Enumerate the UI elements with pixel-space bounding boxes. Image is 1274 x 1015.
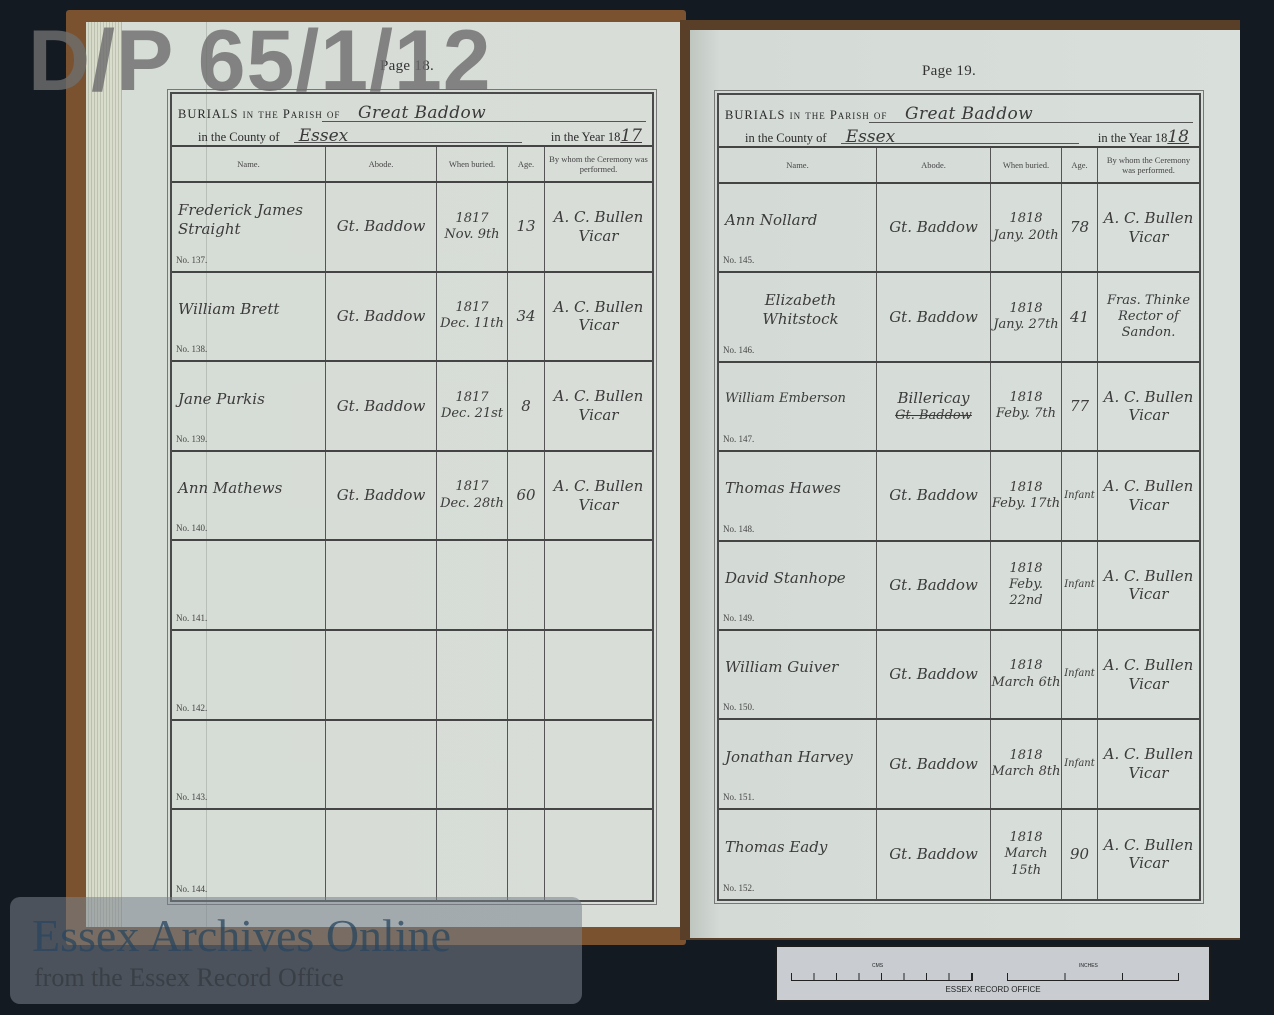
parish-rule xyxy=(322,121,646,122)
entry-date: Jany. 20th xyxy=(993,228,1058,244)
left-burial-register: BURIALS in the Parish of Great Baddow in… xyxy=(170,92,654,902)
entry-number: No. 150. xyxy=(723,702,754,712)
register-entry: William GuiverNo. 150. Gt. Baddow 1818Ma… xyxy=(719,631,1199,720)
entry-officiant: A. C. Bullen xyxy=(1104,836,1194,855)
entry-abode: Gt. Baddow xyxy=(889,218,978,237)
entry-year: 1818 xyxy=(1009,561,1042,577)
column-headers: Name. Abode. When buried. Age. By whom t… xyxy=(719,148,1199,184)
entry-officiant-title: Vicar xyxy=(1129,406,1169,425)
entry-date: Dec. 11th xyxy=(440,316,504,332)
parish-rule xyxy=(869,122,1193,123)
entry-officiant-title: Vicar xyxy=(1129,854,1169,873)
entry-officiant-title: Vicar xyxy=(1129,764,1169,783)
cms-label: CMS xyxy=(872,963,883,969)
entry-year: 1818 xyxy=(1009,658,1042,674)
entry-date: Dec. 21st xyxy=(441,406,503,422)
column-headers: Name. Abode. When buried. Age. By whom t… xyxy=(172,147,652,183)
register-entry-blank: No. 144. xyxy=(172,810,652,900)
entry-year: 1818 xyxy=(1009,301,1042,317)
parish-name: Great Baddow xyxy=(905,104,1033,124)
entry-abode: Gt. Baddow xyxy=(889,308,978,327)
archive-watermark: Essex Archives Online from the Essex Rec… xyxy=(10,897,582,1004)
entry-officiant: A. C. Bullen xyxy=(554,477,644,496)
entry-year: 1817 xyxy=(455,479,488,495)
register-entry: David StanhopeNo. 149. Gt. Baddow 1818Fe… xyxy=(719,542,1199,631)
entry-year: 1818 xyxy=(1009,211,1042,227)
cms-ruler xyxy=(791,973,973,981)
entry-abode-struck: Gt. Baddow xyxy=(895,408,972,424)
entry-age: Infant xyxy=(1064,490,1095,503)
entry-name: Jane Purkis xyxy=(178,390,265,409)
entry-number: No. 138. xyxy=(176,344,207,354)
entry-officiant-title: Vicar xyxy=(1129,675,1169,694)
year-suffix: 17 xyxy=(620,126,642,146)
entry-number: No. 147. xyxy=(723,434,754,444)
entry-name: Jonathan Harvey xyxy=(725,748,853,767)
col-abode: Abode. xyxy=(877,148,991,182)
shelfmark-watermark: D/P 65/1/12 xyxy=(28,18,492,104)
entry-number: No. 141. xyxy=(176,613,207,623)
col-name: Name. xyxy=(172,147,326,181)
register-entry: Jane PurkisNo. 139. Gt. Baddow 1817Dec. … xyxy=(172,362,652,452)
heading-prefix: BURIALS in the Parish of xyxy=(178,107,340,121)
register-entry-blank: No. 143. xyxy=(172,721,652,811)
entry-name: Frederick James Straight xyxy=(178,201,325,239)
county-prefix: in the County of xyxy=(198,130,280,144)
entry-age: 13 xyxy=(516,217,535,236)
right-page-number: Page 19. xyxy=(922,63,976,80)
register-entry: Jonathan HarveyNo. 151. Gt. Baddow 1818M… xyxy=(719,720,1199,809)
col-name: Name. xyxy=(719,148,877,182)
entry-name: Ann Nollard xyxy=(725,211,817,230)
entry-number: No. 148. xyxy=(723,524,754,534)
entry-date: Feby. 22nd xyxy=(991,577,1061,610)
entry-date: March 8th xyxy=(992,764,1061,780)
entry-number: No. 137. xyxy=(176,255,207,265)
entry-abode: Gt. Baddow xyxy=(889,755,978,774)
entry-officiant-title: Vicar xyxy=(1129,228,1169,247)
entry-officiant: A. C. Bullen xyxy=(1104,745,1194,764)
entry-name: William Guiver xyxy=(725,658,838,677)
entry-abode: Gt. Baddow xyxy=(889,576,978,595)
entry-officiant: Fras. Thinke xyxy=(1107,293,1190,309)
register-entry: Frederick James StraightNo. 137. Gt. Bad… xyxy=(172,183,652,273)
register-entry: William EmbersonNo. 147. BillericayGt. B… xyxy=(719,363,1199,452)
entry-age: 60 xyxy=(516,486,535,505)
entry-number: No. 139. xyxy=(176,434,207,444)
entry-name: William Brett xyxy=(178,300,279,319)
entry-officiant: A. C. Bullen xyxy=(1104,656,1194,675)
col-when-buried: When buried. xyxy=(437,147,508,181)
entry-age: Infant xyxy=(1064,758,1095,771)
entry-date: Feby. 17th xyxy=(992,496,1060,512)
entry-officiant: A. C. Bullen xyxy=(1104,477,1194,496)
entry-number: No. 142. xyxy=(176,703,207,713)
entry-name: William Emberson xyxy=(725,391,846,407)
entry-number: No. 144. xyxy=(176,884,207,894)
entry-age: 77 xyxy=(1070,397,1089,416)
entry-officiant: A. C. Bullen xyxy=(1104,388,1194,407)
register-entry: Thomas HawesNo. 148. Gt. Baddow 1818Feby… xyxy=(719,452,1199,541)
register-entry: Thomas EadyNo. 152. Gt. Baddow 1818March… xyxy=(719,810,1199,899)
archive-subtitle: from the Essex Record Office xyxy=(34,963,344,993)
entry-number: No. 146. xyxy=(723,345,754,355)
archive-title: Essex Archives Online xyxy=(32,909,451,962)
col-officiant: By whom the Ceremony was performed. xyxy=(545,147,652,181)
entry-number: No. 151. xyxy=(723,792,754,802)
entry-officiant: A. C. Bullen xyxy=(554,208,644,227)
entry-officiant: A. C. Bullen xyxy=(554,387,644,406)
register-heading: BURIALS in the Parish of Great Baddow in… xyxy=(719,95,1199,148)
scale-bar: CMS INCHES ESSEX RECORD OFFICE xyxy=(775,945,1211,1002)
col-when-buried: When buried. xyxy=(991,148,1062,182)
entry-abode: Gt. Baddow xyxy=(889,665,978,684)
register-entry: Elizabeth WhitstockNo. 146. Gt. Baddow 1… xyxy=(719,273,1199,362)
year-prefix: in the Year 18 xyxy=(551,130,620,144)
entry-officiant: A. C. Bullen xyxy=(1104,567,1194,586)
entry-abode: Gt. Baddow xyxy=(337,486,426,505)
entry-officiant-title: Vicar xyxy=(579,496,619,515)
entry-number: No. 143. xyxy=(176,792,207,802)
entry-officiant: A. C. Bullen xyxy=(1104,209,1194,228)
col-officiant: By whom the Ceremony was performed. xyxy=(1098,148,1199,182)
county-name: Essex xyxy=(299,126,349,146)
col-age: Age. xyxy=(1062,148,1098,182)
entry-officiant: A. C. Bullen xyxy=(554,298,644,317)
inches-label: INCHES xyxy=(1079,963,1098,969)
entry-date: Jany. 27th xyxy=(993,317,1058,333)
entry-age: Infant xyxy=(1064,579,1095,592)
entry-abode: Gt. Baddow xyxy=(337,307,426,326)
entry-year: 1817 xyxy=(455,211,488,227)
entry-officiant-title: Vicar xyxy=(579,227,619,246)
right-burial-register: BURIALS in the Parish of Great Baddow in… xyxy=(717,93,1201,901)
entry-age: 34 xyxy=(516,307,535,326)
entry-age: 8 xyxy=(521,397,531,416)
register-entry-blank: No. 142. xyxy=(172,631,652,721)
entry-year: 1818 xyxy=(1009,480,1042,496)
col-abode: Abode. xyxy=(326,147,437,181)
entry-year: 1817 xyxy=(455,300,488,316)
entry-abode: Billericay xyxy=(897,389,969,408)
entry-name: Thomas Hawes xyxy=(725,479,841,498)
entry-name: Ann Mathews xyxy=(178,479,282,498)
register-entry-blank: No. 141. xyxy=(172,541,652,631)
entry-number: No. 149. xyxy=(723,613,754,623)
register-entry: Ann MathewsNo. 140. Gt. Baddow 1817Dec. … xyxy=(172,452,652,542)
register-entry: Ann NollardNo. 145. Gt. Baddow 1818Jany.… xyxy=(719,184,1199,273)
entry-abode: Gt. Baddow xyxy=(337,217,426,236)
entry-abode: Gt. Baddow xyxy=(889,845,978,864)
heading-prefix: BURIALS in the Parish of xyxy=(725,108,887,122)
scale-office-label: ESSEX RECORD OFFICE xyxy=(777,985,1209,994)
entry-officiant-title: Vicar xyxy=(1129,496,1169,515)
entry-officiant-title: Vicar xyxy=(1129,585,1169,604)
entry-age: 78 xyxy=(1070,218,1089,237)
entry-year: 1817 xyxy=(455,390,488,406)
entry-date: March 15th xyxy=(991,846,1061,879)
year-prefix: in the Year 18 xyxy=(1098,131,1167,145)
entry-age: 41 xyxy=(1070,308,1089,327)
entry-officiant-title: Rector of Sandon. xyxy=(1098,309,1199,342)
county-name: Essex xyxy=(846,127,896,147)
entry-officiant-title: Vicar xyxy=(579,316,619,335)
entry-date: Nov. 9th xyxy=(444,227,499,243)
entry-date: March 6th xyxy=(992,675,1061,691)
entry-year: 1818 xyxy=(1009,390,1042,406)
entry-name: Thomas Eady xyxy=(725,838,827,857)
entry-abode: Gt. Baddow xyxy=(337,397,426,416)
entry-date: Dec. 28th xyxy=(440,496,504,512)
entry-abode: Gt. Baddow xyxy=(889,486,978,505)
inches-ruler xyxy=(1007,973,1179,981)
entry-year: 1818 xyxy=(1009,748,1042,764)
county-rule xyxy=(294,142,522,143)
entry-name: David Stanhope xyxy=(725,569,846,588)
entry-number: No. 152. xyxy=(723,883,754,893)
entry-date: Feby. 7th xyxy=(996,406,1056,422)
entry-age: 90 xyxy=(1070,845,1089,864)
entry-age: Infant xyxy=(1064,668,1095,681)
entry-number: No. 140. xyxy=(176,523,207,533)
entry-number: No. 145. xyxy=(723,255,754,265)
page-edges xyxy=(86,22,122,927)
year-suffix: 18 xyxy=(1167,127,1189,147)
entry-name: Elizabeth Whitstock xyxy=(725,291,876,329)
county-prefix: in the County of xyxy=(745,131,827,145)
entry-year: 1818 xyxy=(1009,830,1042,846)
entry-officiant-title: Vicar xyxy=(579,406,619,425)
county-rule xyxy=(841,143,1079,144)
col-age: Age. xyxy=(508,147,545,181)
register-entry: William BrettNo. 138. Gt. Baddow 1817Dec… xyxy=(172,273,652,363)
